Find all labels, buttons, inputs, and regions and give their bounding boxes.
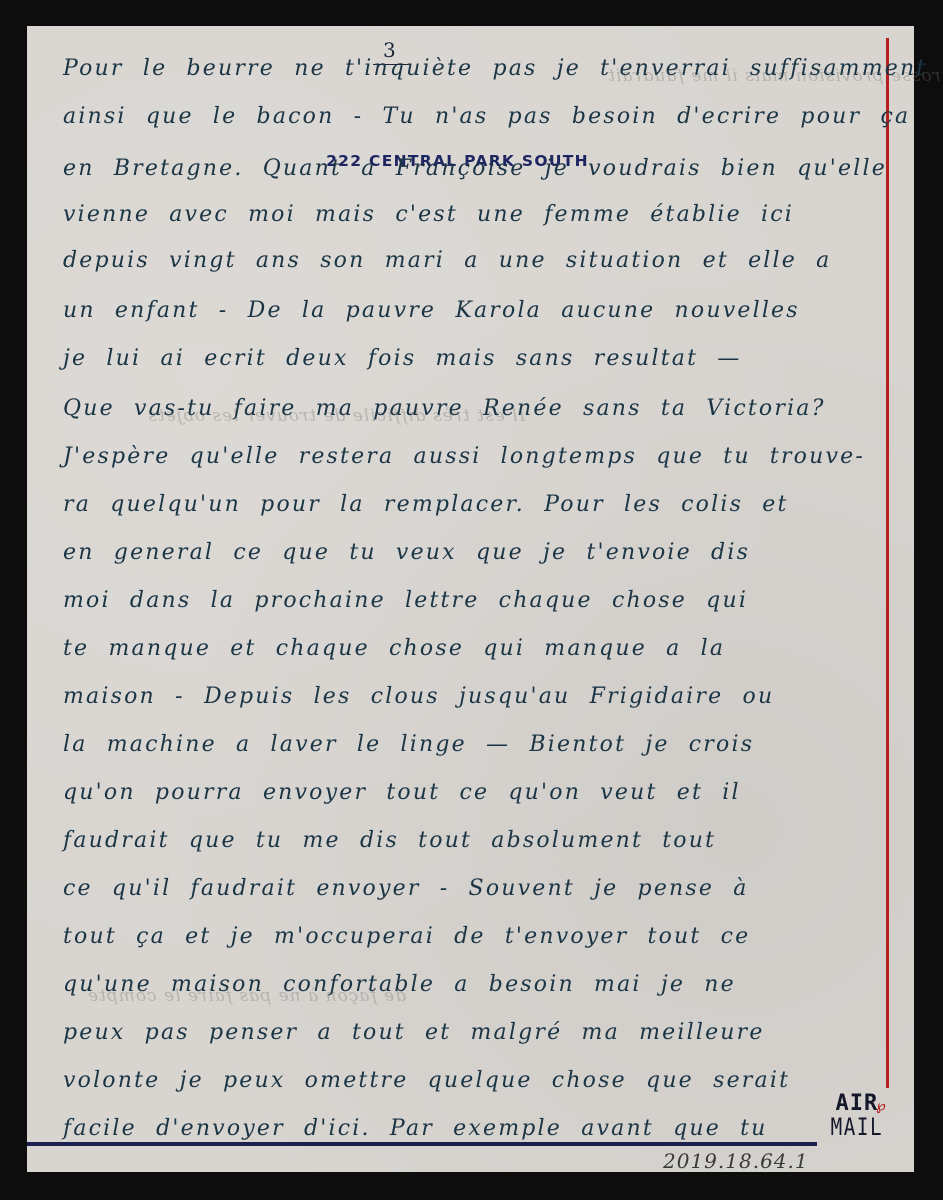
handwritten-line: faudrait que tu me dis tout absolument t… bbox=[63, 828, 893, 853]
handwritten-line: un enfant - De la pauvre Karola aucune n… bbox=[63, 298, 893, 323]
handwritten-line: facile d'envoyer d'ici. Par exemple avan… bbox=[63, 1116, 893, 1141]
catalog-number: 2019.18.64.1 bbox=[663, 1149, 809, 1173]
handwritten-line: ra quelqu'un pour la remplacer. Pour les… bbox=[63, 492, 893, 517]
handwritten-line: moi dans la prochaine lettre chaque chos… bbox=[63, 588, 893, 613]
handwritten-line: qu'on pourra envoyer tout ce qu'on veut … bbox=[63, 780, 893, 805]
handwritten-line: volonte je peux omettre quelque chose qu… bbox=[63, 1068, 893, 1093]
handwritten-line: qu'une maison confortable a besoin mai j… bbox=[63, 972, 893, 997]
letter-page: et je t'enverrai une grosse provision ma… bbox=[27, 26, 914, 1172]
handwritten-line: vienne avec moi mais c'est une femme éta… bbox=[63, 202, 893, 227]
handwritten-line: maison - Depuis les clous jusqu'au Frigi… bbox=[63, 684, 893, 709]
bottom-rule-line bbox=[27, 1142, 817, 1146]
handwritten-line: ainsi que le bacon - Tu n'as pas besoin … bbox=[63, 104, 893, 129]
handwritten-line: tout ça et je m'occuperai de t'envoyer t… bbox=[63, 924, 893, 949]
airmail-symbol-icon: ℘ bbox=[876, 1098, 886, 1114]
airmail-line2: MAIL bbox=[831, 1115, 884, 1140]
handwritten-line: la machine a laver le linge — Bientot je… bbox=[63, 732, 893, 757]
handwritten-line: ce qu'il faudrait envoyer - Souvent je p… bbox=[63, 876, 893, 901]
handwritten-line: peux pas penser a tout et malgré ma meil… bbox=[63, 1020, 893, 1045]
handwritten-line: en general ce que tu veux que je t'envoi… bbox=[63, 540, 893, 565]
handwritten-line: te manque et chaque chose qui manque a l… bbox=[63, 636, 893, 661]
handwritten-body: Pour le beurre ne t'inquiète pas je t'en… bbox=[27, 26, 914, 1172]
handwritten-line: depuis vingt ans son mari a une situatio… bbox=[63, 248, 893, 273]
handwritten-line: Pour le beurre ne t'inquiète pas je t'en… bbox=[63, 56, 893, 81]
handwritten-line: je lui ai ecrit deux fois mais sans resu… bbox=[63, 346, 893, 371]
handwritten-line: J'espère qu'elle restera aussi longtemps… bbox=[63, 444, 893, 469]
handwritten-line: Que vas-tu faire ma pauvre Renée sans ta… bbox=[63, 396, 893, 421]
handwritten-line: en Bretagne. Quant a Françoise je voudra… bbox=[63, 156, 893, 181]
